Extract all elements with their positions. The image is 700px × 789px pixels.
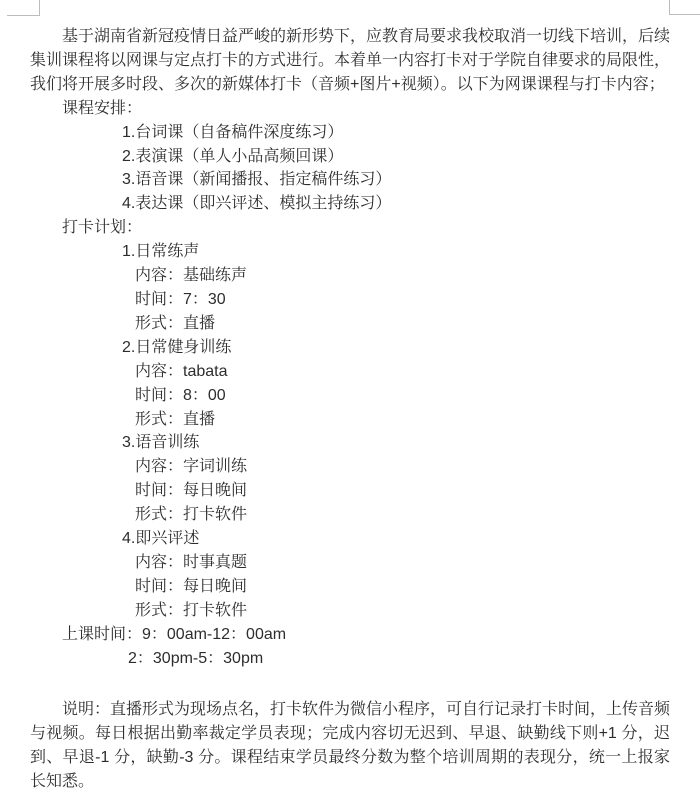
class-time-line1: 上课时间：9：00am-12：00am [30, 623, 670, 647]
plan-item-time: 时间：每日晚间 [30, 479, 670, 503]
plan-item-format: 形式：打卡软件 [30, 599, 670, 623]
course-schedule-heading: 课程安排： [30, 97, 670, 121]
plan-item-title: 1.日常练声 [30, 240, 670, 264]
document-page: { "page": { "background_color": "#ffffff… [0, 0, 700, 789]
class-time-line2: 2：30pm-5：30pm [30, 647, 670, 671]
plan-item-content: 内容：基础练声 [30, 264, 670, 288]
page-corner-mark-right [669, 0, 700, 15]
plan-item-content: 内容：时事真题 [30, 551, 670, 575]
plan-item-format: 形式：打卡软件 [30, 503, 670, 527]
plan-item-format: 形式：直播 [30, 408, 670, 432]
plan-item-title: 2.日常健身训练 [30, 336, 670, 360]
checkin-plan-item: 2.日常健身训练 内容：tabata 时间：8：00 形式：直播 [30, 336, 670, 432]
plan-item-time: 时间：8：00 [30, 384, 670, 408]
course-item: 2.表演课（单人小品高频回课） [30, 145, 670, 169]
course-item: 1.台词课（自备稿件深度练习） [30, 121, 670, 145]
document-content: 基于湖南省新冠疫情日益严峻的新形势下，应教育局要求我校取消一切线下培训，后续集训… [30, 25, 670, 789]
checkin-plan-list: 1.日常练声 内容：基础练声 时间：7：30 形式：直播 2.日常健身训练 内容… [30, 240, 670, 623]
course-schedule-list: 1.台词课（自备稿件深度练习） 2.表演课（单人小品高频回课） 3.语音课（新闻… [30, 121, 670, 217]
course-item: 3.语音课（新闻播报、指定稿件练习） [30, 168, 670, 192]
course-item: 4.表达课（即兴评述、模拟主持练习） [30, 192, 670, 216]
plan-item-title: 3.语音训练 [30, 431, 670, 455]
plan-item-title: 4.即兴评述 [30, 527, 670, 551]
note-paragraph: 说明：直播形式为现场点名，打卡软件为微信小程序，可自行记录打卡时间，上传音频与视… [30, 698, 670, 789]
plan-item-time: 时间：7：30 [30, 288, 670, 312]
plan-item-format: 形式：直播 [30, 312, 670, 336]
plan-item-time: 时间：每日晚间 [30, 575, 670, 599]
checkin-plan-heading: 打卡计划： [30, 216, 670, 240]
plan-item-content: 内容：tabata [30, 360, 670, 384]
checkin-plan-item: 3.语音训练 内容：字词训练 时间：每日晚间 形式：打卡软件 [30, 431, 670, 527]
plan-item-content: 内容：字词训练 [30, 455, 670, 479]
checkin-plan-item: 1.日常练声 内容：基础练声 时间：7：30 形式：直播 [30, 240, 670, 336]
checkin-plan-item: 4.即兴评述 内容：时事真题 时间：每日晚间 形式：打卡软件 [30, 527, 670, 623]
blank-line [30, 670, 670, 698]
page-corner-mark-left [7, 0, 40, 16]
intro-paragraph: 基于湖南省新冠疫情日益严峻的新形势下，应教育局要求我校取消一切线下培训，后续集训… [30, 25, 670, 97]
